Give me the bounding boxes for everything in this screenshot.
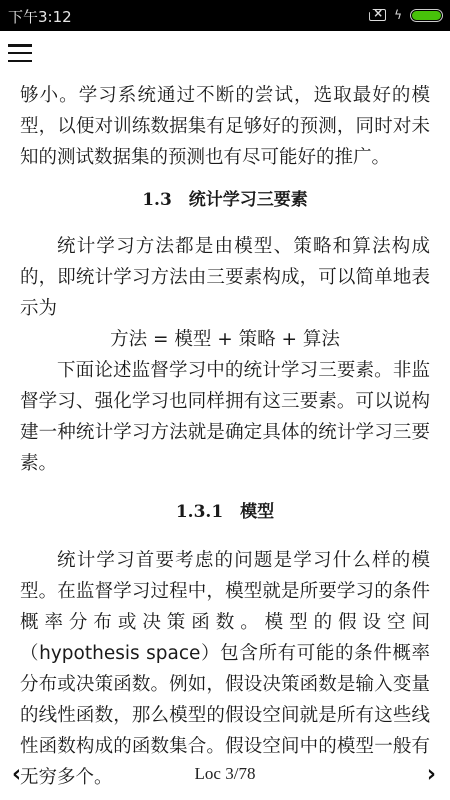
next-page-button[interactable]: › [427,761,436,789]
paragraph: 统计学习首要考虑的问题是学习什么样的模型。在监督学习过程中，模型就是所要学习的条… [20,545,430,793]
location-indicator: Loc 3/78 [0,764,450,784]
status-icons: ϟ [369,8,443,22]
reader-toolbar [0,31,450,79]
section-heading: 1.3 统计学习三要素 [20,183,430,223]
paragraph: 够小。学习系统通过不断的尝试，选取最好的模型，以便对训练数据集有足够好的预测，同… [20,80,430,173]
status-time: 下午3:12 [8,6,72,27]
paragraph: 下面论述监督学习中的统计学习三要素。非监督学习、强化学习也同样拥有这三要素。可以… [20,355,430,479]
equation: 方法 = 模型 + 策略 + 算法 [20,324,430,355]
subsection-heading: 1.3.1 模型 [20,495,430,535]
reader-footer: ‹ Loc 3/78 › [0,760,450,794]
reader-content: 够小。学习系统通过不断的尝试，选取最好的模型，以便对训练数据集有足够好的预测，同… [20,80,430,793]
paragraph: 统计学习方法都是由模型、策略和算法构成的，即统计学习方法由三要素构成，可以简单地… [20,231,430,324]
status-bar: 下午3:12 ϟ [0,0,450,31]
battery-icon [410,9,443,22]
sim-card-x-icon [369,9,386,21]
charging-bolt-icon: ϟ [394,8,402,22]
hamburger-menu-icon[interactable] [8,44,32,62]
